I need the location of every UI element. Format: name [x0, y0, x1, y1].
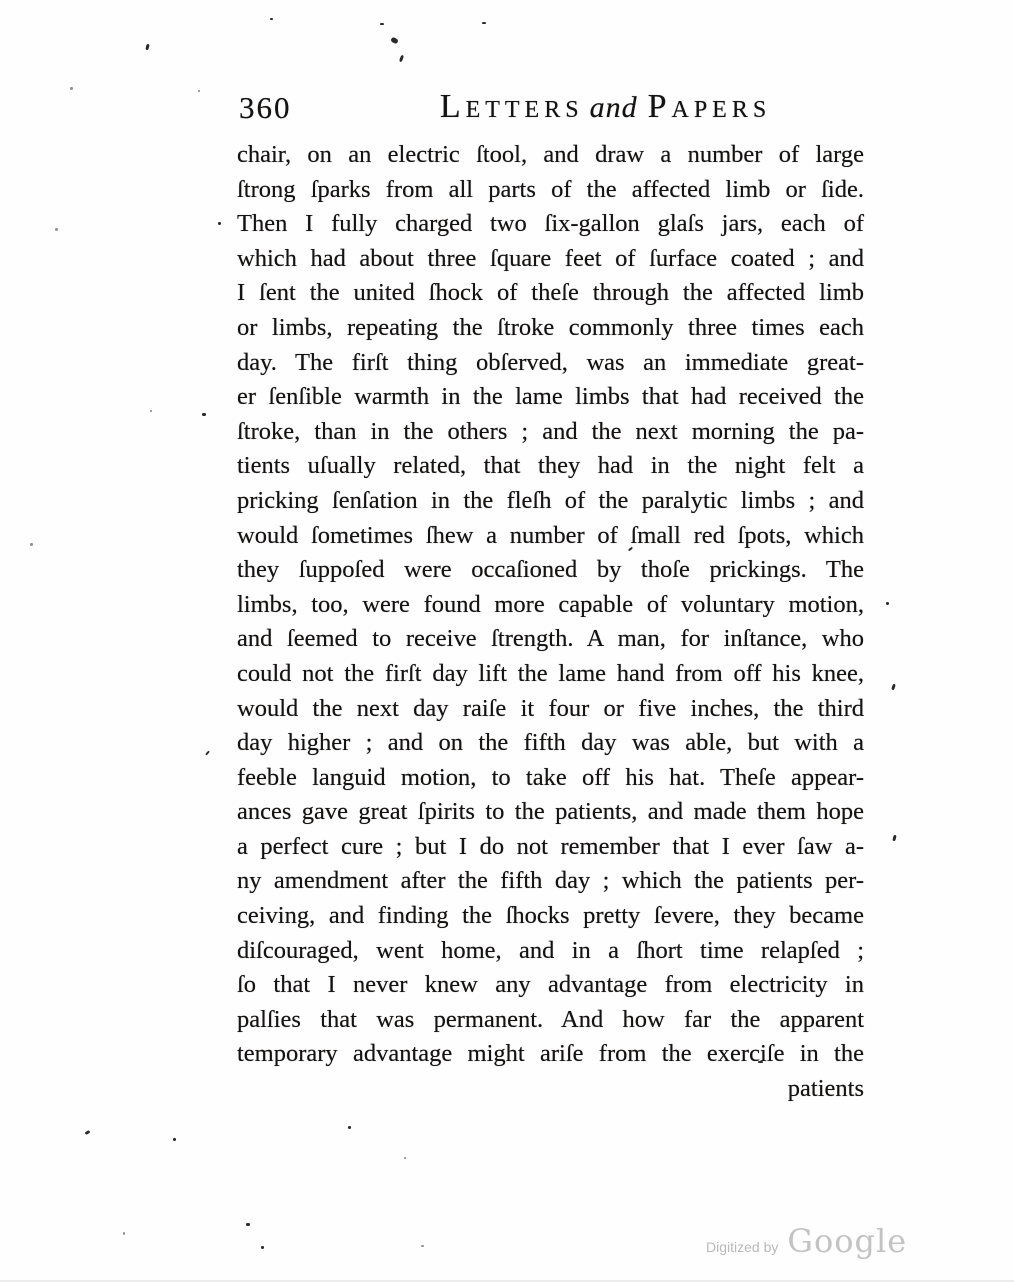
- text-line: feeble languid motion, to take off his h…: [237, 761, 864, 796]
- scan-speck: [246, 1223, 250, 1226]
- scan-speck: [758, 1061, 763, 1063]
- scan-speck: [145, 44, 149, 51]
- text-line: ſtrong ſparks from all parts of the affe…: [237, 173, 864, 208]
- scan-speck: [399, 55, 404, 63]
- scan-speck: [390, 37, 399, 45]
- digitized-by-label: Digitized by: [706, 1239, 778, 1255]
- scan-speck: [70, 87, 73, 90]
- text-line: tients uſually related, that they had in…: [237, 449, 864, 484]
- scan-speck: [85, 1130, 91, 1135]
- text-line: would ſometimes ſhew a number of ſmall r…: [237, 519, 864, 554]
- scan-speck: [348, 1126, 351, 1129]
- running-title: Letters and Papers: [347, 88, 864, 126]
- text-line: er ſenſible warmth in the lame limbs tha…: [237, 380, 864, 415]
- scan-speck: [30, 543, 33, 546]
- text-line: which had about three ſquare feet of ſur…: [237, 242, 864, 277]
- scan-speck: [261, 1246, 264, 1249]
- scan-speck: [218, 222, 221, 225]
- scan-speck: [55, 228, 58, 231]
- scan-speck: [482, 22, 486, 24]
- running-title-and: and: [590, 91, 638, 124]
- scan-speck: [205, 750, 210, 755]
- text-line: could not the firſt day lift the lame ha…: [237, 657, 864, 692]
- text-line: and ſeemed to receive ſtrength. A man, f…: [237, 622, 864, 657]
- text-line: would the next day raiſe it four or five…: [237, 692, 864, 727]
- scan-speck: [421, 1245, 424, 1247]
- text-line: palſies that was permanent. And how far …: [237, 1003, 864, 1038]
- google-logo: Google: [787, 1222, 907, 1260]
- text-line: or limbs, repeating the ſtroke commonly …: [237, 311, 864, 346]
- text-line: chair, on an electric ſtool, and draw a …: [237, 138, 864, 173]
- book-page: 360 Letters and Papers chair, on an elec…: [0, 0, 1014, 1282]
- text-line: limbs, too, were found more capable of v…: [237, 588, 864, 623]
- catchword: patients: [237, 1072, 864, 1107]
- text-line: day. The firſt thing obſerved, was an im…: [237, 346, 864, 381]
- scan-speck: [150, 410, 152, 412]
- digitization-watermark: Digitized by Google: [706, 1222, 907, 1260]
- text-line: pricking ſenſation in the fleſh of the p…: [237, 484, 864, 519]
- scan-speck: [404, 1157, 406, 1159]
- text-line: ſo that I never knew any advantage from …: [237, 968, 864, 1003]
- scan-speck: [270, 18, 273, 20]
- scan-speck: [380, 23, 384, 25]
- page-header: 360 Letters and Papers: [237, 88, 864, 134]
- text-line: I ſent the united ſhock of theſe through…: [237, 276, 864, 311]
- scan-speck: [891, 684, 896, 691]
- scan-speck: [123, 1232, 125, 1235]
- text-line: ceiving, and finding the ſhocks pretty ſ…: [237, 899, 864, 934]
- scan-speck: [892, 835, 896, 842]
- text-line: ſtroke, than in the others ; and the nex…: [237, 415, 864, 450]
- page-number: 360: [239, 90, 292, 126]
- body-text: chair, on an electric ſtool, and draw a …: [237, 138, 864, 1107]
- text-line: ances gave great ſpirits to the patients…: [237, 795, 864, 830]
- text-line: ny amendment after the fifth day ; which…: [237, 864, 864, 899]
- scan-speck: [173, 1138, 176, 1141]
- text-line: diſcouraged, went home, and in a ſhort t…: [237, 934, 864, 969]
- scan-speck: [886, 602, 889, 605]
- running-title-word1: Letters: [440, 88, 584, 125]
- text-line: day higher ; and on the fifth day was ab…: [237, 726, 864, 761]
- text-line: a perfect cure ; but I do not remember t…: [237, 830, 864, 865]
- scan-speck: [202, 413, 206, 416]
- text-line: temporary advantage might ariſe from the…: [237, 1037, 864, 1072]
- scan-speck: [198, 90, 200, 92]
- text-line: Then I fully charged two ſix-gallon glaſ…: [237, 207, 864, 242]
- running-title-word2: Papers: [648, 88, 772, 125]
- text-line: they ſuppoſed were occaſioned by thoſe p…: [237, 553, 864, 588]
